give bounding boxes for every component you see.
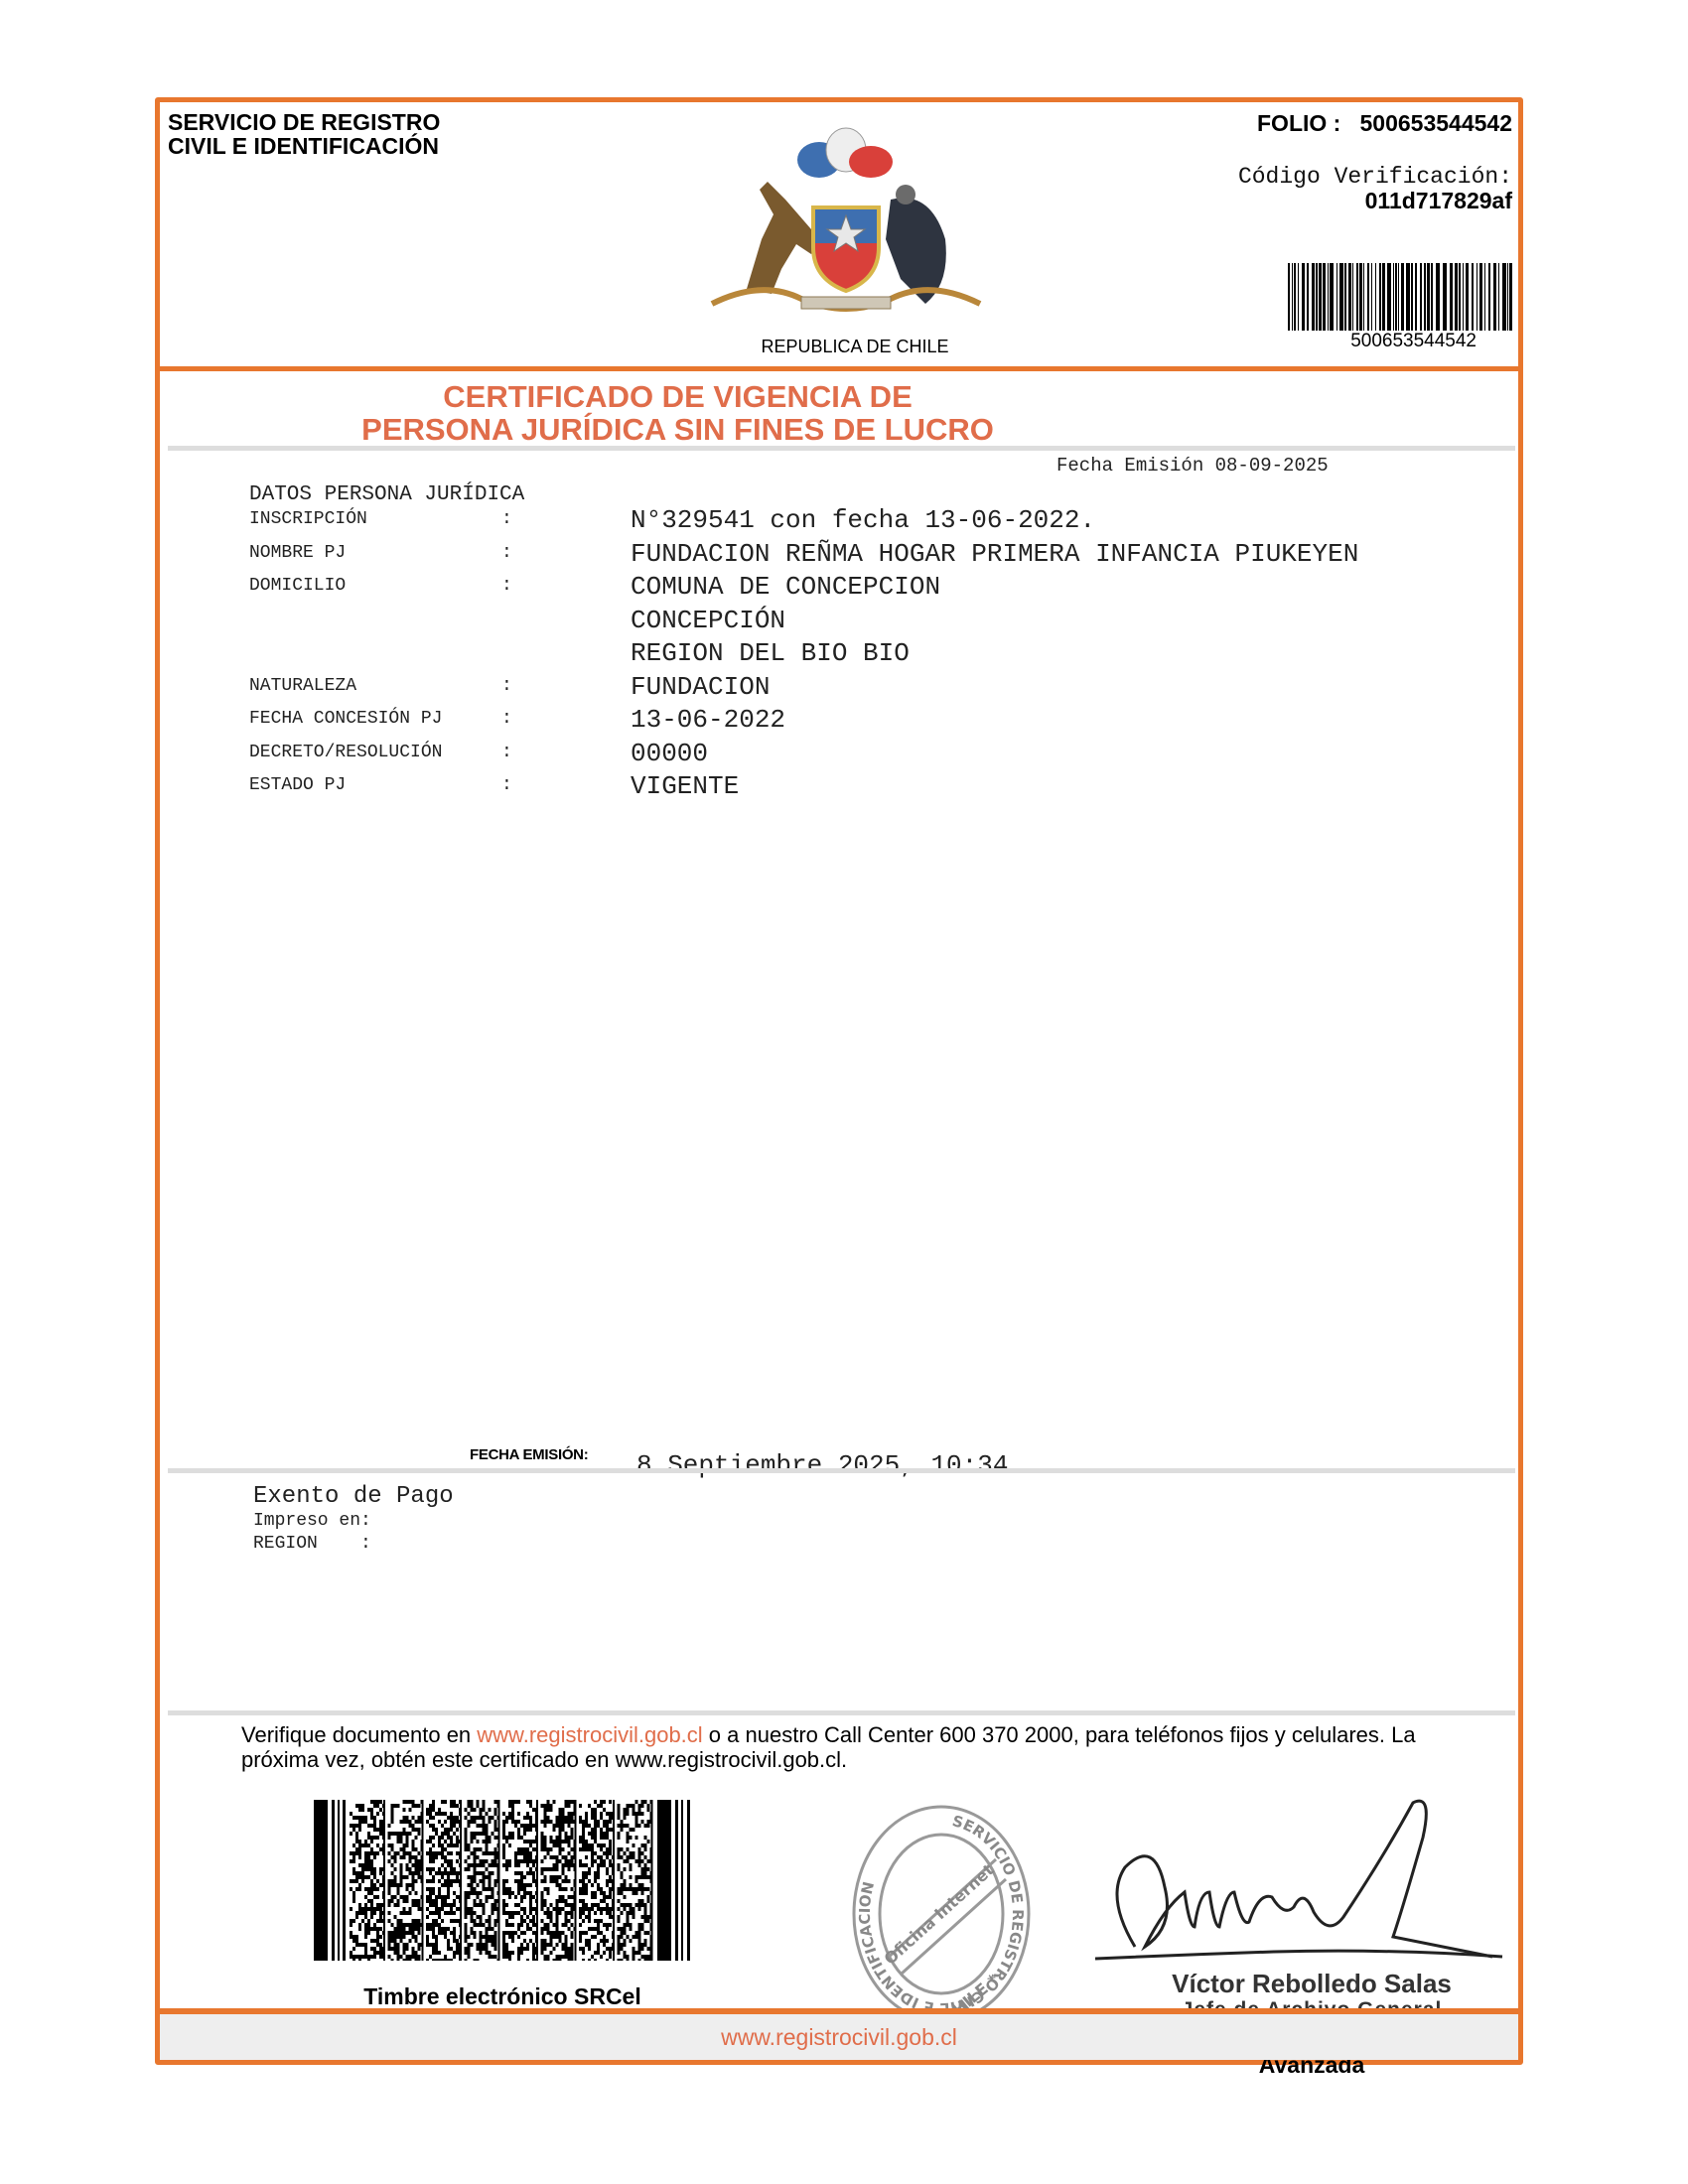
region-label: REGION : — [253, 1534, 371, 1554]
field-label: ESTADO PJ — [249, 775, 346, 795]
field-value: 00000 — [631, 739, 708, 768]
folio-value: 500653544542 — [1360, 110, 1513, 136]
issue-date-top: Fecha Emisión 08-09-2025 — [1056, 455, 1329, 477]
field-label: DECRETO/RESOLUCIÓN — [249, 743, 442, 762]
folio: FOLIO : 500653544542 — [1257, 110, 1512, 137]
field-value: 13-06-2022 — [631, 705, 785, 735]
signatory-name: Víctor Rebolledo Salas — [1093, 1969, 1530, 1999]
field-value: VIGENTE — [631, 771, 739, 801]
issuing-organization: SERVICIO DE REGISTRO CIVIL E IDENTIFICAC… — [168, 110, 440, 158]
divider — [168, 446, 1515, 451]
field-label: NATURALEZA — [249, 676, 356, 696]
field-value: FUNDACION REÑMA HOGAR PRIMERA INFANCIA P… — [631, 539, 1358, 569]
verification-notice: Verifique documento en www.registrocivil… — [241, 1722, 1453, 1772]
field-separator: : — [501, 676, 512, 696]
electronic-stamp-barcode — [314, 1800, 691, 1961]
folio-label: FOLIO : — [1257, 110, 1340, 136]
data-heading: DATOS PERSONA JURÍDICA — [249, 483, 524, 506]
registrocivil-link[interactable]: www.registrocivil.gob.cl — [477, 1722, 702, 1747]
footer-url-link[interactable]: www.registrocivil.gob.cl — [160, 2024, 1518, 2051]
issue-date-label: FECHA EMISIÓN: — [470, 1446, 588, 1463]
field-separator: : — [501, 576, 512, 596]
official-seal-icon: SERVICIO DE REGISTRO CIVIL E IDENTIFICAC… — [847, 1790, 1036, 2028]
certificate-title: CERTIFICADO DE VIGENCIA DE PERSONA JURÍD… — [160, 380, 1196, 446]
field-value: N°329541 con fecha 13-06-2022. — [631, 505, 1095, 535]
field-value: FUNDACION — [631, 672, 770, 702]
barcode-number: 500653544542 — [1350, 331, 1477, 352]
divider — [168, 1710, 1515, 1715]
field-label: INSCRIPCIÓN — [249, 509, 367, 529]
field-value: CONCEPCIÓN — [631, 606, 785, 635]
electronic-stamp-label: Timbre electrónico SRCel — [319, 1983, 686, 2010]
field-separator: : — [501, 543, 512, 563]
field-label: FECHA CONCESIÓN PJ — [249, 709, 442, 729]
field-separator: : — [501, 743, 512, 762]
verify-prefix: Verifique documento en — [241, 1722, 477, 1747]
issue-date-value: 8 Septiembre 2025, 10:34. — [636, 1450, 1024, 1480]
svg-text:Oficina Internet: Oficina Internet — [881, 1860, 998, 1969]
payment-exempt: Exento de Pago — [253, 1483, 454, 1510]
org-line-2: CIVIL E IDENTIFICACIÓN — [168, 134, 440, 158]
field-label: DOMICILIO — [249, 576, 346, 596]
republica-caption: REPUBLICA DE CHILE — [746, 337, 964, 357]
field-value: COMUNA DE CONCEPCION — [631, 572, 940, 602]
field-label: NOMBRE PJ — [249, 543, 346, 563]
org-line-1: SERVICIO DE REGISTRO — [168, 110, 440, 134]
title-line-2: PERSONA JURÍDICA SIN FINES DE LUCRO — [160, 413, 1196, 446]
field-value: REGION DEL BIO BIO — [631, 638, 910, 668]
field-separator: : — [501, 775, 512, 795]
signature-icon — [1095, 1798, 1512, 1967]
printed-in-label: Impreso en: — [253, 1511, 371, 1531]
header-divider — [160, 366, 1518, 371]
title-line-1: CERTIFICADO DE VIGENCIA DE — [160, 380, 1196, 413]
verification-code-label: Código Verificación: — [1238, 164, 1512, 190]
field-separator: : — [501, 709, 512, 729]
verification-code-value: 011d717829af — [1365, 188, 1512, 214]
folio-barcode — [1288, 263, 1512, 331]
field-separator: : — [501, 509, 512, 529]
divider — [168, 1468, 1515, 1473]
chile-coat-of-arms-icon — [702, 120, 990, 329]
certificate-frame: SERVICIO DE REGISTRO CIVIL E IDENTIFICAC… — [155, 97, 1523, 2065]
